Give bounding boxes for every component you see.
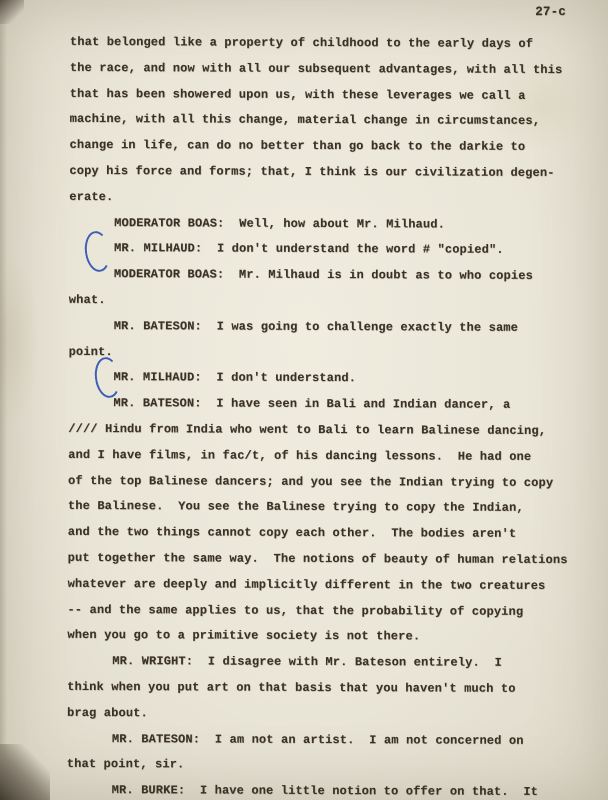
typed-line-speaker-mr-bateson: MR. BATESON: I am not an artist. I am no… — [67, 726, 579, 754]
typed-line-speaker-mr-wright: MR. WRIGHT: I disagree with Mr. Bateson … — [67, 649, 579, 677]
typed-line: erate. — [69, 185, 581, 213]
scan-shadow-bottom-left-corner — [0, 744, 50, 800]
typed-line: and I have films, in fac/t, of his danci… — [68, 443, 580, 471]
scan-edge-shadow-left — [0, 0, 7, 800]
typed-line: that belonged like a property of childho… — [70, 30, 582, 58]
typed-line: what. — [69, 288, 581, 316]
typed-line: when you go to a primitive society is no… — [67, 623, 579, 651]
typed-line-speaker-moderator-boas: MODERATOR BOAS: Well, how about Mr. Milh… — [69, 210, 581, 238]
typed-line: that point, sir. — [67, 752, 579, 780]
typed-line: of the top Balinese dancers; and you see… — [68, 468, 580, 496]
typed-line-speaker-mr-milhaud: MR. MILHAUD: I don't understand the word… — [69, 236, 581, 264]
typed-line: that has been showered upon us, with the… — [70, 81, 582, 109]
typed-line: copy his force and forms; that, I think … — [69, 159, 581, 187]
typed-line: the race, and now with all our subsequen… — [70, 56, 582, 84]
typed-line: the Balinese. You see the Balinese tryin… — [68, 494, 580, 522]
typed-line-speaker-mr-bateson: MR. BATESON: I have seen in Bali and Ind… — [68, 391, 580, 419]
typed-line-speaker-mr-burke: MR. BURKE: I have one little notion to o… — [67, 778, 579, 800]
typed-line-speaker-mr-milhaud: MR. MILHAUD: I don't understand. — [68, 365, 580, 393]
typed-line-speaker-moderator-boas: MODERATOR BOAS: Mr. Milhaud is in doubt … — [69, 262, 581, 290]
typed-line: and the two things cannot copy each othe… — [68, 520, 580, 548]
typed-text-block: that belonged like a property of childho… — [67, 30, 582, 800]
typed-line: //// Hindu from India who went to Bali t… — [68, 417, 580, 445]
typed-line: put together the same way. The notions o… — [68, 546, 580, 574]
typed-line: think when you put art on that basis tha… — [67, 675, 579, 703]
scanned-transcript-page: 27-c that belonged like a property of ch… — [0, 0, 608, 800]
typed-line: whatever are deeply and implicitly diffe… — [68, 572, 580, 600]
scan-shadow-top-left-corner — [0, 0, 24, 24]
typed-line: change in life, can do no better than go… — [69, 133, 581, 161]
typed-line: point. — [69, 339, 581, 367]
typed-line: -- and the same applies to us, that the … — [67, 597, 579, 625]
typed-line: brag about. — [67, 701, 579, 729]
page-number: 27-c — [535, 5, 566, 19]
typed-line: machine, with all this change, material … — [70, 107, 582, 135]
typed-line-speaker-mr-bateson: MR. BATESON: I was going to challenge ex… — [69, 314, 581, 342]
